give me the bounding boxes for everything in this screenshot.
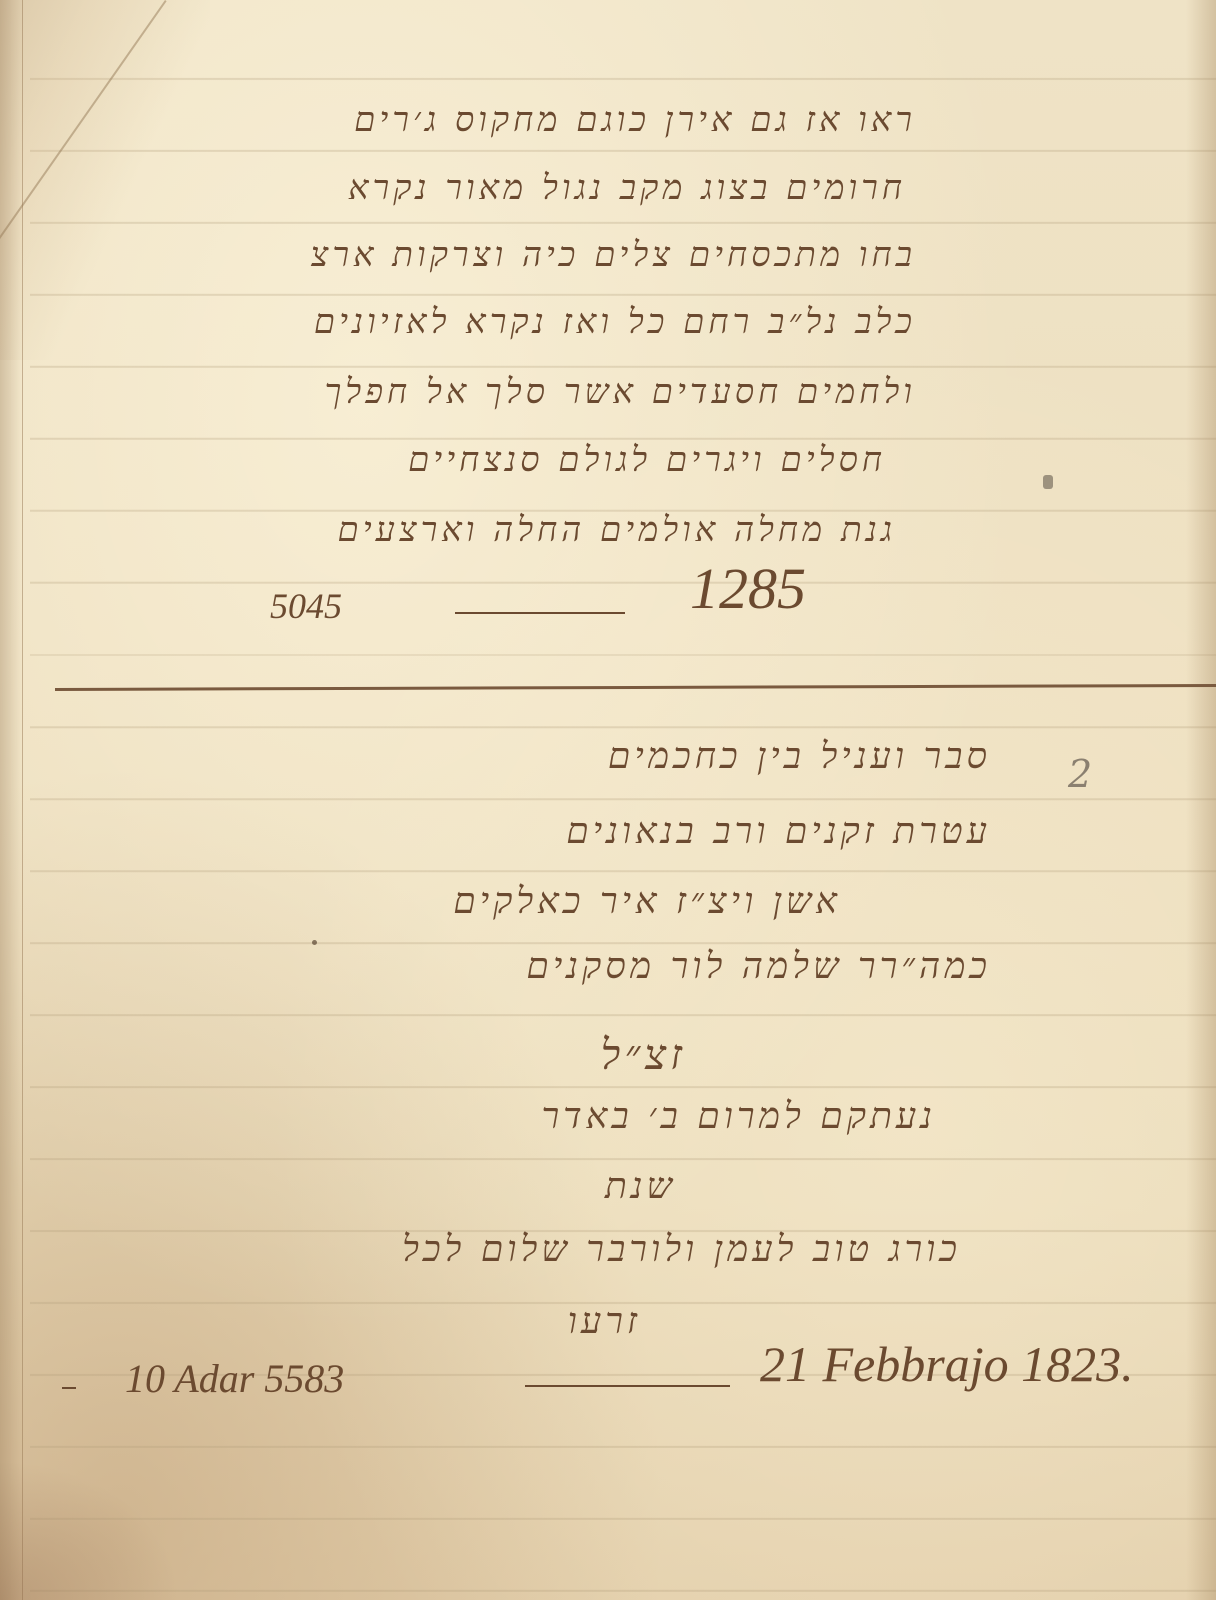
bottom-line-4: כמה״רר שלמה לור מסקנים: [526, 945, 991, 987]
margin-page-number: 2: [1068, 752, 1092, 796]
year-separator-dash: [455, 612, 625, 614]
leading-dash: [62, 1387, 76, 1389]
right-paper-edge: [1186, 0, 1216, 1600]
bottom-line-5: זצ״ל: [601, 1030, 686, 1080]
bottom-line-3: אשן ויצ״ז איר כאלקים: [453, 880, 841, 922]
top-line-6: חסלים ויגרים לגולם סנצחיים: [408, 440, 886, 480]
left-paper-edge: [0, 0, 23, 1600]
top-line-4: כלב נל״ב רחם כל ואז נקרא לאזיונים: [314, 302, 916, 342]
date-separator-dash: [525, 1385, 730, 1387]
bottom-line-8: כורג טוב לעמן ולורבר שלום לכל: [402, 1228, 961, 1270]
bottom-line-7: שנת: [605, 1165, 676, 1207]
top-line-3: בחו מתכסחים צלים כיה וצרקות ארצ: [311, 235, 916, 275]
date-hebrew: 10 Adar 5583: [125, 1355, 344, 1402]
manuscript-page: ראו אז גם אירן כוגם מחקוס ג׳רים חרומים ב…: [0, 0, 1216, 1600]
top-line-1: ראו אז גם אירן כוגם מחקוס ג׳רים: [354, 100, 916, 140]
top-line-2: חרומים בצוג מקב נגול מאור נקרא: [348, 168, 906, 208]
top-line-7: גנת מחלה אולמים החלה וארצעים: [338, 510, 897, 550]
worn-bottom-corner: [0, 1460, 180, 1600]
date-civil: 21 Febbrajo 1823.: [760, 1335, 1134, 1393]
bottom-line-9: זרעו: [568, 1300, 641, 1342]
year-civil: 1285: [690, 555, 806, 622]
bottom-line-2: עטרת זקנים ורב בנאונים: [566, 810, 991, 852]
top-line-5: ולחמים חסעדים אשר סלך אל חפלך: [325, 372, 916, 412]
ink-stain: [1043, 475, 1053, 489]
year-hebrew: 5045: [270, 585, 342, 627]
ink-dot: [312, 940, 317, 945]
bottom-line-6: נעתקם למרום ב׳ באדר: [541, 1095, 936, 1137]
bottom-line-1: סבר ועניל בין כחכמים: [608, 735, 991, 777]
